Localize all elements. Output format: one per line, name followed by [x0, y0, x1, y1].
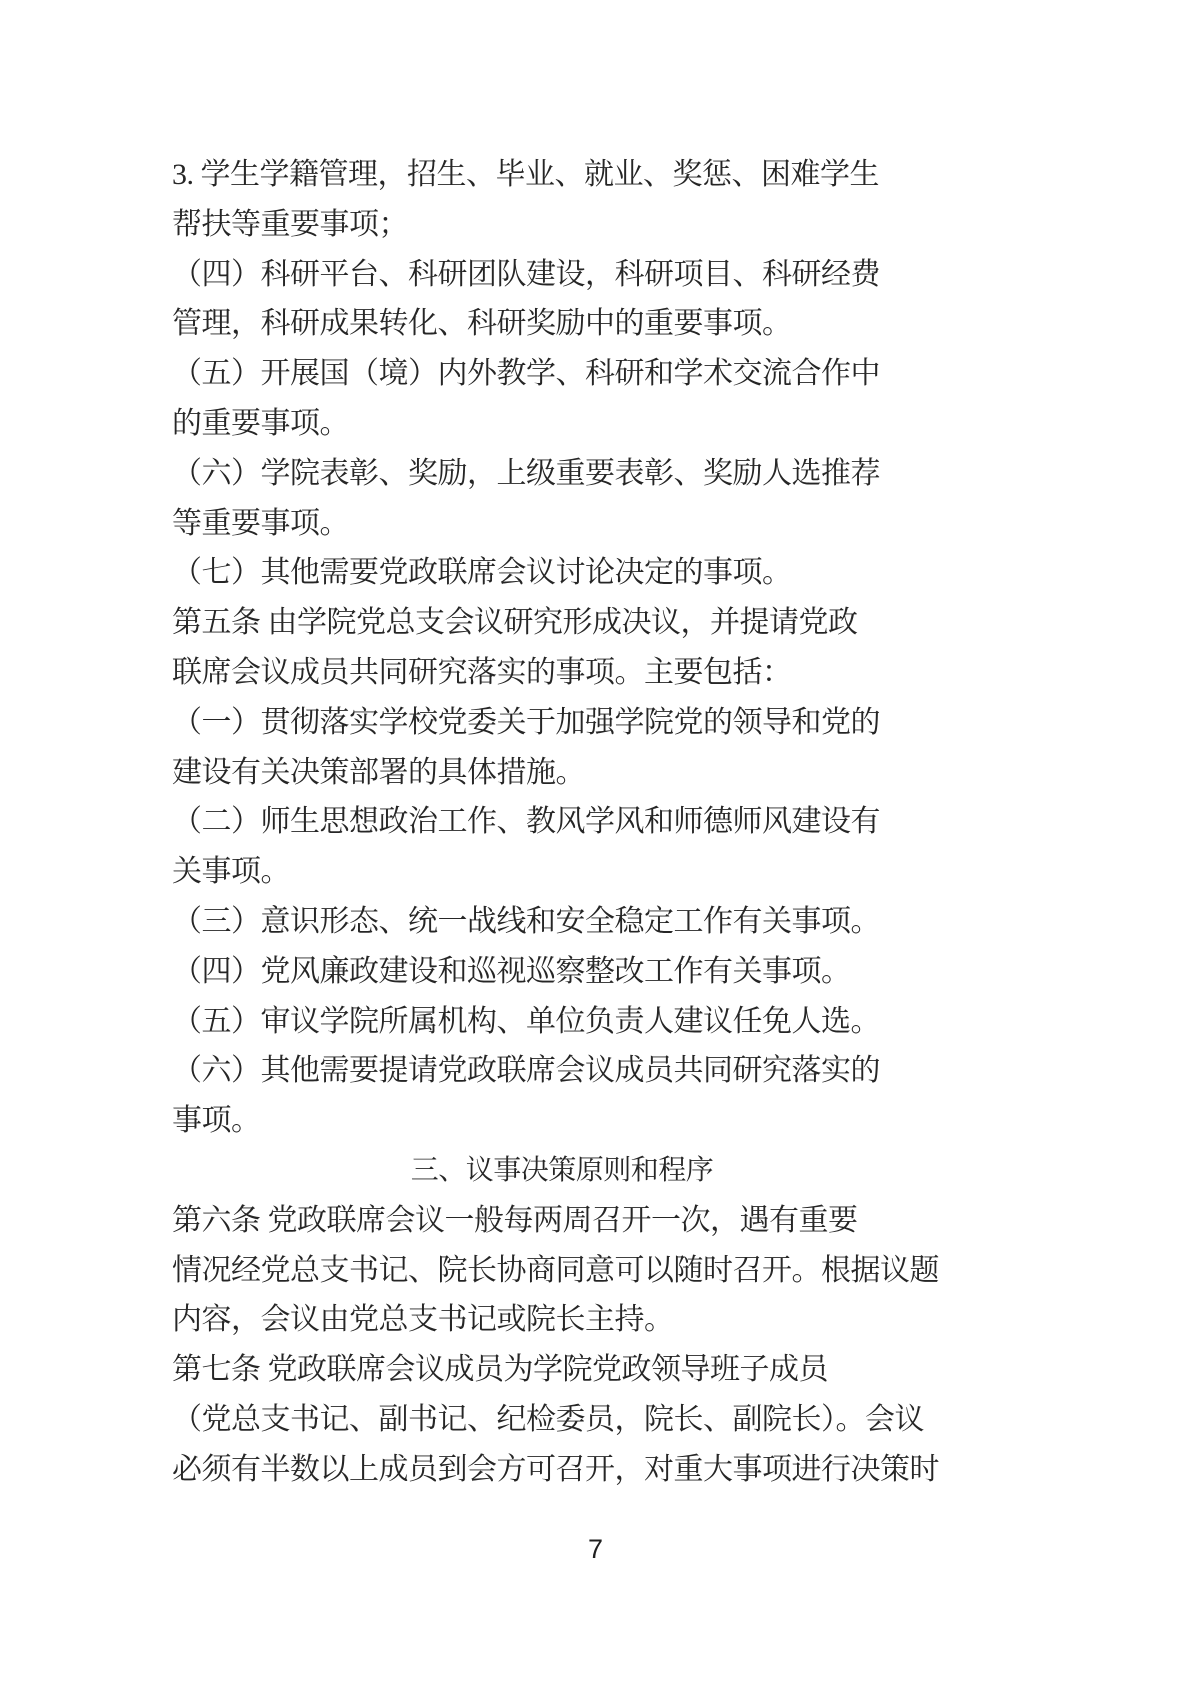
document-page: 3. 学生学籍管理，招生、毕业、就业、奖惩、困难学生 帮扶等重要事项； （四）科…: [0, 0, 1191, 1684]
document-line: 第七条 党政联席会议成员为学院党政领导班子成员: [172, 1345, 952, 1395]
document-line: 帮扶等重要事项；: [172, 200, 952, 250]
document-line: （一）贯彻落实学校党委关于加强学院党的领导和党的: [172, 698, 952, 748]
document-line: 第五条 由学院党总支会议研究形成决议，并提请党政: [172, 598, 952, 648]
document-line: 关事项。: [172, 847, 952, 897]
document-line: 等重要事项。: [172, 499, 952, 549]
document-line: 管理，科研成果转化、科研奖励中的重要事项。: [172, 299, 952, 349]
section-heading: 三、议事决策原则和程序: [172, 1146, 952, 1196]
document-line: （党总支书记、副书记、纪检委员，院长、副院长）。会议: [172, 1395, 952, 1445]
document-line: 的重要事项。: [172, 399, 952, 449]
document-line: （二）师生思想政治工作、教风学风和师德师风建设有: [172, 797, 952, 847]
document-line: 联席会议成员共同研究落实的事项。主要包括：: [172, 648, 952, 698]
document-line: （五）开展国（境）内外教学、科研和学术交流合作中: [172, 349, 952, 399]
document-line: 第六条 党政联席会议一般每两周召开一次，遇有重要: [172, 1196, 952, 1246]
page-number: 7: [0, 1534, 1191, 1565]
document-line: （七）其他需要党政联席会议讨论决定的事项。: [172, 548, 952, 598]
document-line: （四）党风廉政建设和巡视巡察整改工作有关事项。: [172, 947, 952, 997]
document-line: （四）科研平台、科研团队建设，科研项目、科研经费: [172, 250, 952, 300]
document-line: 3. 学生学籍管理，招生、毕业、就业、奖惩、困难学生: [172, 150, 952, 200]
document-line: （六）学院表彰、奖励，上级重要表彰、奖励人选推荐: [172, 449, 952, 499]
document-line: （六）其他需要提请党政联席会议成员共同研究落实的: [172, 1046, 952, 1096]
document-line: 内容，会议由党总支书记或院长主持。: [172, 1295, 952, 1345]
document-body: 3. 学生学籍管理，招生、毕业、就业、奖惩、困难学生 帮扶等重要事项； （四）科…: [172, 150, 952, 1495]
document-line: （三）意识形态、统一战线和安全稳定工作有关事项。: [172, 897, 952, 947]
document-line: 事项。: [172, 1096, 952, 1146]
document-line: （五）审议学院所属机构、单位负责人建议任免人选。: [172, 997, 952, 1047]
document-line: 建设有关决策部署的具体措施。: [172, 748, 952, 798]
document-line: 必须有半数以上成员到会方可召开，对重大事项进行决策时: [172, 1445, 952, 1495]
document-line: 情况经党总支书记、院长协商同意可以随时召开。根据议题: [172, 1246, 952, 1296]
